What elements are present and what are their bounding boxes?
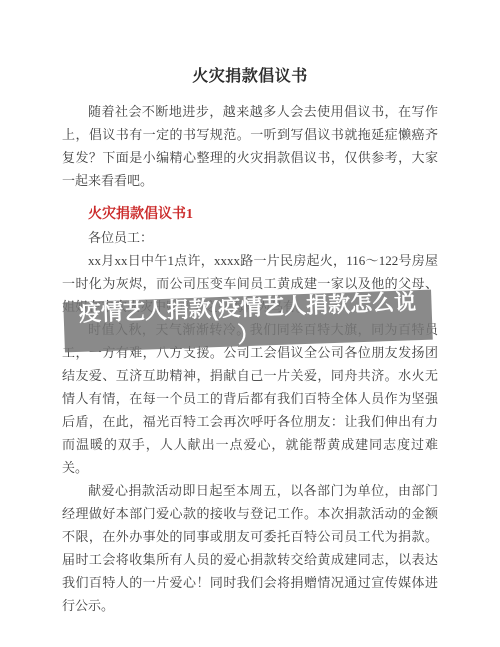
section-heading-1: 火灾捐款倡议书1 bbox=[62, 203, 438, 226]
salutation: 各位员工： bbox=[62, 226, 438, 249]
intro-paragraph: 随着社会不断地进步，越来越多人会去使用倡议书，在写作上，倡议书有一定的书写规范。… bbox=[62, 100, 438, 192]
body-paragraph-3: 献爱心捐款活动即日起至本周五，以各部门为单位，由部门经理做好本部门爱心款的接收与… bbox=[62, 479, 438, 617]
watermark-text-line2: ） bbox=[237, 321, 260, 349]
document-title: 火灾捐款倡议书 bbox=[62, 66, 438, 88]
